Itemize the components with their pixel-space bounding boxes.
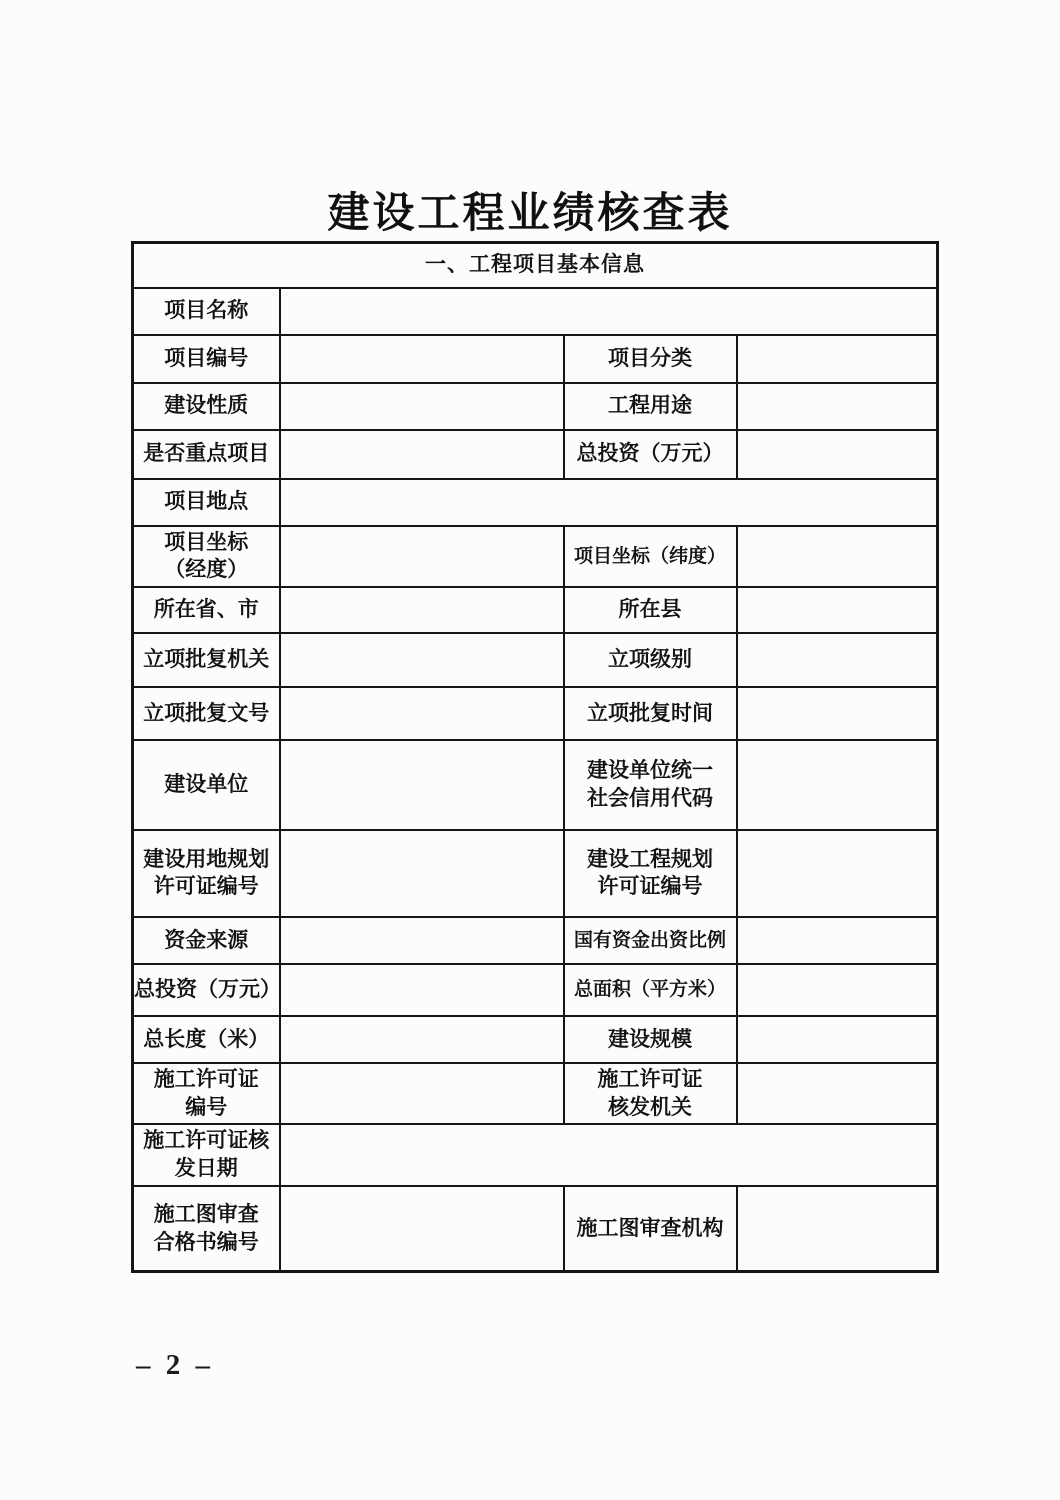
table-row: 建设性质 工程用途 xyxy=(133,383,938,430)
table-row: 施工图审查 合格书编号 施工图审查机构 xyxy=(133,1186,938,1272)
project-basic-info-table: 一、工程项目基本信息 项目名称 项目编号 项目分类 建设性质 工程用途 是否重点… xyxy=(131,241,939,1273)
section-header-row: 一、工程项目基本信息 xyxy=(133,243,938,288)
label-construction-unit-credit-code: 建设单位统一 社会信用代码 xyxy=(564,740,737,830)
label-approval-authority: 立项批复机关 xyxy=(133,633,280,687)
value-total-investment xyxy=(737,430,938,479)
table-row: 所在省、市 所在县 xyxy=(133,587,938,633)
value-drawing-review-agency xyxy=(737,1186,938,1272)
value-approval-level xyxy=(737,633,938,687)
value-construction-nature xyxy=(280,383,564,430)
value-funding-source xyxy=(280,917,564,964)
value-construction-unit xyxy=(280,740,564,830)
label-construction-permit-authority: 施工许可证 核发机关 xyxy=(564,1063,737,1124)
table-row: 立项批复文号 立项批复时间 xyxy=(133,687,938,740)
label-county: 所在县 xyxy=(564,587,737,633)
label-total-investment-wan: 总投资（万元） xyxy=(133,964,280,1016)
value-project-number xyxy=(280,335,564,383)
value-construction-unit-credit-code xyxy=(737,740,938,830)
value-coordinate-longitude xyxy=(280,526,564,587)
label-construction-unit: 建设单位 xyxy=(133,740,280,830)
value-coordinate-latitude xyxy=(737,526,938,587)
table-row: 建设用地规划 许可证编号 建设工程规划 许可证编号 xyxy=(133,830,938,917)
value-land-planning-permit-number xyxy=(280,830,564,917)
label-total-length: 总长度（米） xyxy=(133,1016,280,1063)
table-row: 立项批复机关 立项级别 xyxy=(133,633,938,687)
value-construction-permit-issue-date xyxy=(280,1124,938,1185)
label-construction-permit-number: 施工许可证 编号 xyxy=(133,1063,280,1124)
table-row: 施工许可证核 发日期 xyxy=(133,1124,938,1185)
table-row: 总长度（米） 建设规模 xyxy=(133,1016,938,1063)
value-state-funding-ratio xyxy=(737,917,938,964)
value-project-location xyxy=(280,479,938,526)
value-project-use xyxy=(737,383,938,430)
table-row: 项目坐标 （经度） 项目坐标（纬度） xyxy=(133,526,938,587)
value-construction-permit-number xyxy=(280,1063,564,1124)
section-header: 一、工程项目基本信息 xyxy=(133,243,938,288)
page-number: – 2 – xyxy=(136,1349,214,1382)
label-project-planning-permit-number: 建设工程规划 许可证编号 xyxy=(564,830,737,917)
value-construction-scale xyxy=(737,1016,938,1063)
label-total-investment: 总投资（万元） xyxy=(564,430,737,479)
value-project-name xyxy=(280,288,938,335)
table-row: 项目名称 xyxy=(133,288,938,335)
table-row: 资金来源 国有资金出资比例 xyxy=(133,917,938,964)
label-approval-level: 立项级别 xyxy=(564,633,737,687)
value-project-planning-permit-number xyxy=(737,830,938,917)
value-approval-time xyxy=(737,687,938,740)
label-funding-source: 资金来源 xyxy=(133,917,280,964)
label-coordinate-latitude: 项目坐标（纬度） xyxy=(564,526,737,587)
value-project-category xyxy=(737,335,938,383)
label-project-use: 工程用途 xyxy=(564,383,737,430)
value-approval-doc-number xyxy=(280,687,564,740)
label-approval-time: 立项批复时间 xyxy=(564,687,737,740)
label-project-category: 项目分类 xyxy=(564,335,737,383)
label-key-project: 是否重点项目 xyxy=(133,430,280,479)
document-page: 建设工程业绩核查表 一、工程项目基本信息 项目名称 项目编号 项目分类 xyxy=(0,0,1060,1500)
label-project-number: 项目编号 xyxy=(133,335,280,383)
label-drawing-review-certificate-number: 施工图审查 合格书编号 xyxy=(133,1186,280,1272)
label-approval-doc-number: 立项批复文号 xyxy=(133,687,280,740)
table-row: 建设单位 建设单位统一 社会信用代码 xyxy=(133,740,938,830)
label-coordinate-longitude: 项目坐标 （经度） xyxy=(133,526,280,587)
label-drawing-review-agency: 施工图审查机构 xyxy=(564,1186,737,1272)
value-approval-authority xyxy=(280,633,564,687)
table-row: 项目地点 xyxy=(133,479,938,526)
value-total-investment-wan xyxy=(280,964,564,1016)
label-province-city: 所在省、市 xyxy=(133,587,280,633)
value-construction-permit-authority xyxy=(737,1063,938,1124)
label-project-name: 项目名称 xyxy=(133,288,280,335)
value-county xyxy=(737,587,938,633)
value-key-project xyxy=(280,430,564,479)
table-row: 总投资（万元） 总面积（平方米） xyxy=(133,964,938,1016)
label-state-funding-ratio: 国有资金出资比例 xyxy=(564,917,737,964)
table-row: 项目编号 项目分类 xyxy=(133,335,938,383)
table-row: 施工许可证 编号 施工许可证 核发机关 xyxy=(133,1063,938,1124)
table-row: 是否重点项目 总投资（万元） xyxy=(133,430,938,479)
value-total-length xyxy=(280,1016,564,1063)
label-land-planning-permit-number: 建设用地规划 许可证编号 xyxy=(133,830,280,917)
label-project-location: 项目地点 xyxy=(133,479,280,526)
label-construction-nature: 建设性质 xyxy=(133,383,280,430)
label-construction-permit-issue-date: 施工许可证核 发日期 xyxy=(133,1124,280,1185)
label-construction-scale: 建设规模 xyxy=(564,1016,737,1063)
value-total-area xyxy=(737,964,938,1016)
label-total-area: 总面积（平方米） xyxy=(564,964,737,1016)
value-province-city xyxy=(280,587,564,633)
document-title: 建设工程业绩核查表 xyxy=(0,180,1060,240)
value-drawing-review-certificate-number xyxy=(280,1186,564,1272)
